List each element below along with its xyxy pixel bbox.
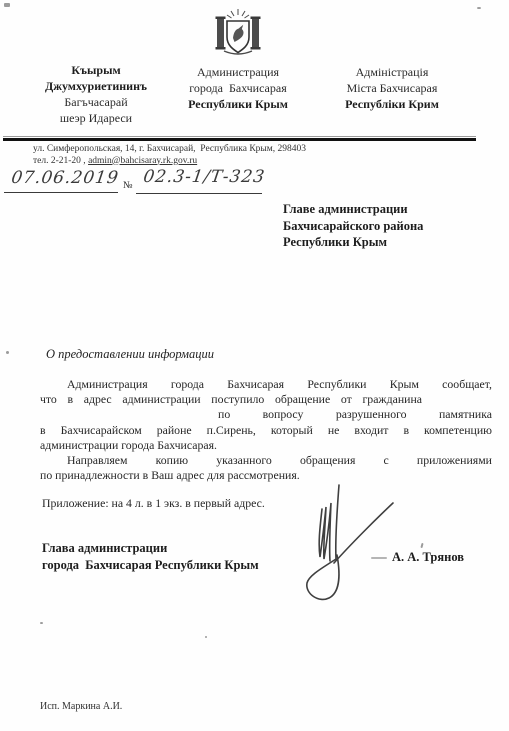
body-line: в Бахчисарайском районе п.Сирень, которы… xyxy=(40,423,492,438)
scan-speck xyxy=(205,636,207,638)
handwritten-signature xyxy=(292,477,404,611)
crimea-coat-of-arms-icon xyxy=(215,8,261,56)
letterhead-text: Джумхуриетининъ xyxy=(12,78,180,94)
letterhead-right-column: Адміністрація Міста Бахчисарая Республік… xyxy=(316,64,468,112)
signer-title: Глава администрации города Бахчисарая Ре… xyxy=(42,540,259,573)
scan-speck xyxy=(6,351,9,354)
letterhead-divider xyxy=(3,136,476,141)
date-form-line xyxy=(4,192,118,193)
executor-note: Исп. Маркина А.И. xyxy=(40,701,122,712)
pen-mark xyxy=(371,557,387,559)
recipient-line: Бахчисарайского района xyxy=(283,218,423,235)
email: admin@bahcisaray.rk.gov.ru xyxy=(88,156,197,166)
scan-speck xyxy=(4,3,10,7)
letterhead-text: Администрация xyxy=(170,64,306,80)
scan-speck xyxy=(477,7,481,9)
letterhead-text: города Бахчисарая xyxy=(170,80,306,96)
body-line-redaction-gap: по вопросу разрушенного памятника xyxy=(218,407,492,422)
handwritten-date: 07.06.2019 xyxy=(10,168,120,188)
letterhead-address: ул. Симферопольская, 14, г. Бахчисарай, … xyxy=(33,144,473,167)
letterhead-text: Къырым xyxy=(12,62,180,78)
number-sign: № xyxy=(123,180,133,191)
phone: тел. 2-21-20 , xyxy=(33,156,88,166)
letterhead-text: Республіки Крим xyxy=(316,96,468,112)
body-line: по принадлежности в Ваш адрес для рассмо… xyxy=(40,468,492,483)
scan-speck xyxy=(420,543,423,548)
signer-name: А. А. Трянов xyxy=(392,550,464,565)
letterhead-text: шеэр Идареси xyxy=(12,110,180,126)
address-line: ул. Симферопольская, 14, г. Бахчисарай, … xyxy=(33,144,473,156)
letterhead-left-column: Къырым Джумхуриетининъ Багъчасарай шеэр … xyxy=(12,62,180,126)
signer-title-line: города Бахчисарая Республики Крым xyxy=(42,557,259,574)
attachment-note: Приложение: на 4 л. в 1 экз. в первый ад… xyxy=(42,496,265,511)
scan-speck xyxy=(40,622,43,624)
recipient-block: Главе администрации Бахчисарайского райо… xyxy=(283,201,423,251)
number-form-line xyxy=(136,193,262,194)
handwritten-number: 02.3-1/Т-323 xyxy=(142,167,266,187)
body-line: Направляем копию указанного обращения с … xyxy=(67,453,492,468)
signer-title-line: Глава администрации xyxy=(42,540,259,557)
letter-body: Администрация города Бахчисарая Республи… xyxy=(40,377,492,483)
body-line: Администрация города Бахчисарая Республи… xyxy=(67,377,492,392)
letterhead-center-column: Администрация города Бахчисарая Республи… xyxy=(170,64,306,112)
letterhead-text: Міста Бахчисарая xyxy=(316,80,468,96)
letterhead-text: Багъчасарай xyxy=(12,94,180,110)
letterhead-text: Адміністрація xyxy=(316,64,468,80)
subject-line: О предоставлении информации xyxy=(46,347,214,362)
letterhead-text: Республики Крым xyxy=(170,96,306,112)
recipient-line: Республики Крым xyxy=(283,234,423,251)
body-line: администрации города Бахчисарая. xyxy=(40,438,492,453)
scanned-letter-page: Къырым Джумхуриетининъ Багъчасарай шеэр … xyxy=(0,0,509,731)
recipient-line: Главе администрации xyxy=(283,201,423,218)
body-line: что в адрес администрации поступило обра… xyxy=(40,392,422,407)
